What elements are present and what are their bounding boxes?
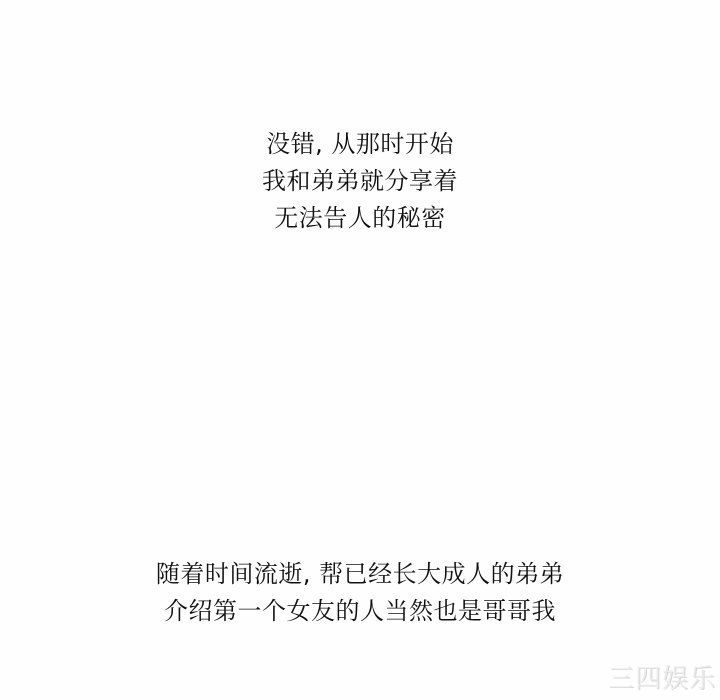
narration-line: 我和弟弟就分享着 — [0, 163, 720, 200]
watermark: 三四娱乐 — [608, 664, 716, 694]
narration-line: 无法告人的秘密 — [0, 200, 720, 237]
narration-line: 随着时间流逝, 帮已经长大成人的弟弟 — [0, 556, 720, 593]
narration-block-top: 没错, 从那时开始 我和弟弟就分享着 无法告人的秘密 — [0, 126, 720, 237]
narration-line: 介绍第一个女友的人当然也是哥哥我 — [0, 593, 720, 630]
narration-line: 没错, 从那时开始 — [0, 126, 720, 163]
narration-block-bottom: 随着时间流逝, 帮已经长大成人的弟弟 介绍第一个女友的人当然也是哥哥我 — [0, 556, 720, 630]
comic-panel: 没错, 从那时开始 我和弟弟就分享着 无法告人的秘密 随着时间流逝, 帮已经长大… — [0, 0, 720, 700]
